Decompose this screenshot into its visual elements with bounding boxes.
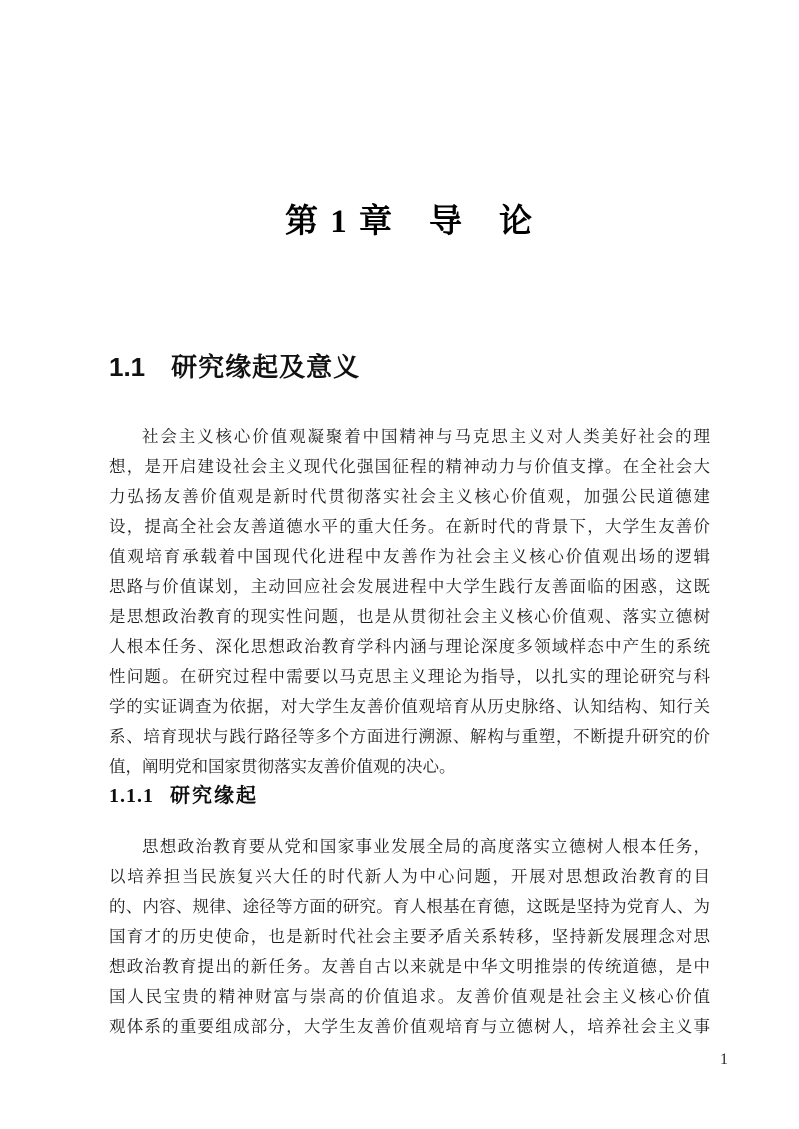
subsection-number: 1.1.1 (109, 782, 154, 810)
text-line: 人根本任务、深化思想政治教育学科内涵与理论深度多领域样态中产生的系统 (109, 632, 710, 662)
text-line: 思想政治教育要从党和国家事业发展全局的高度落实立德树人根本任务， (109, 832, 710, 862)
text-line: 是思想政治教育的现实性问题，也是从贯彻社会主义核心价值观、落实立德树 (109, 602, 710, 632)
text-line: 设，提高全社会友善道德水平的重大任务。在新时代的背景下，大学生友善价 (109, 512, 710, 542)
content-column: 第 1 章 导 论 1.1研究缘起及意义 社会主义核心价值观凝聚着中国精神与马克… (109, 0, 710, 1042)
subsection-title: 研究缘起 (170, 785, 258, 807)
document-page: 第 1 章 导 论 1.1研究缘起及意义 社会主义核心价值观凝聚着中国精神与马克… (0, 0, 799, 1129)
section-heading: 1.1研究缘起及意义 (109, 350, 710, 384)
text-line: 观体系的重要组成部分，大学生友善价值观培育与立德树人，培养社会主义事 (109, 1012, 710, 1042)
paragraph-1: 社会主义核心价值观凝聚着中国精神与马克思主义对人类美好社会的理想，是开启建设社会… (109, 422, 710, 782)
text-line: 力弘扬友善价值观是新时代贯彻落实社会主义核心价值观，加强公民道德建 (109, 482, 710, 512)
text-line: 思路与价值谋划，主动回应社会发展进程中大学生践行友善面临的困惑，这既 (109, 572, 710, 602)
text-line: 国人民宝贵的精神财富与崇高的价值追求。友善价值观是社会主义核心价值 (109, 982, 710, 1012)
section-number: 1.1 (109, 350, 145, 384)
text-line: 学的实证调查为依据，对大学生友善价值观培育从历史脉络、认知结构、知行关 (109, 692, 710, 722)
text-line: 社会主义核心价值观凝聚着中国精神与马克思主义对人类美好社会的理 (109, 422, 710, 452)
text-line: 想，是开启建设社会主义现代化强国征程的精神动力与价值支撑。在全社会大 (109, 452, 710, 482)
section-title: 研究缘起及意义 (171, 352, 360, 382)
chapter-title: 第 1 章 导 论 (109, 0, 710, 242)
text-line: 以培养担当民族复兴大任的时代新人为中心问题，开展对思想政治教育的目 (109, 862, 710, 892)
text-line: 国育才的历史使命，也是新时代社会主要矛盾关系转移，坚持新发展理念对思 (109, 922, 710, 952)
text-line: 想政治教育提出的新任务。友善自古以来就是中华文明推崇的传统道德，是中 (109, 952, 710, 982)
text-line: 的、内容、规律、途径等方面的研究。育人根基在育德，这既是坚持为党育人、为 (109, 892, 710, 922)
paragraph-2: 思想政治教育要从党和国家事业发展全局的高度落实立德树人根本任务，以培养担当民族复… (109, 832, 710, 1042)
text-line: 值，阐明党和国家贯彻落实友善价值观的决心。 (109, 752, 710, 782)
text-line: 性问题。在研究过程中需要以马克思主义理论为指导，以扎实的理论研究与科 (109, 662, 710, 692)
subsection-heading: 1.1.1研究缘起 (109, 782, 710, 810)
page-number: 1 (714, 1050, 734, 1070)
text-line: 值观培育承载着中国现代化进程中友善作为社会主义核心价值观出场的逻辑 (109, 542, 710, 572)
text-line: 系、培育现状与践行路径等多个方面进行溯源、解构与重塑，不断提升研究的价 (109, 722, 710, 752)
